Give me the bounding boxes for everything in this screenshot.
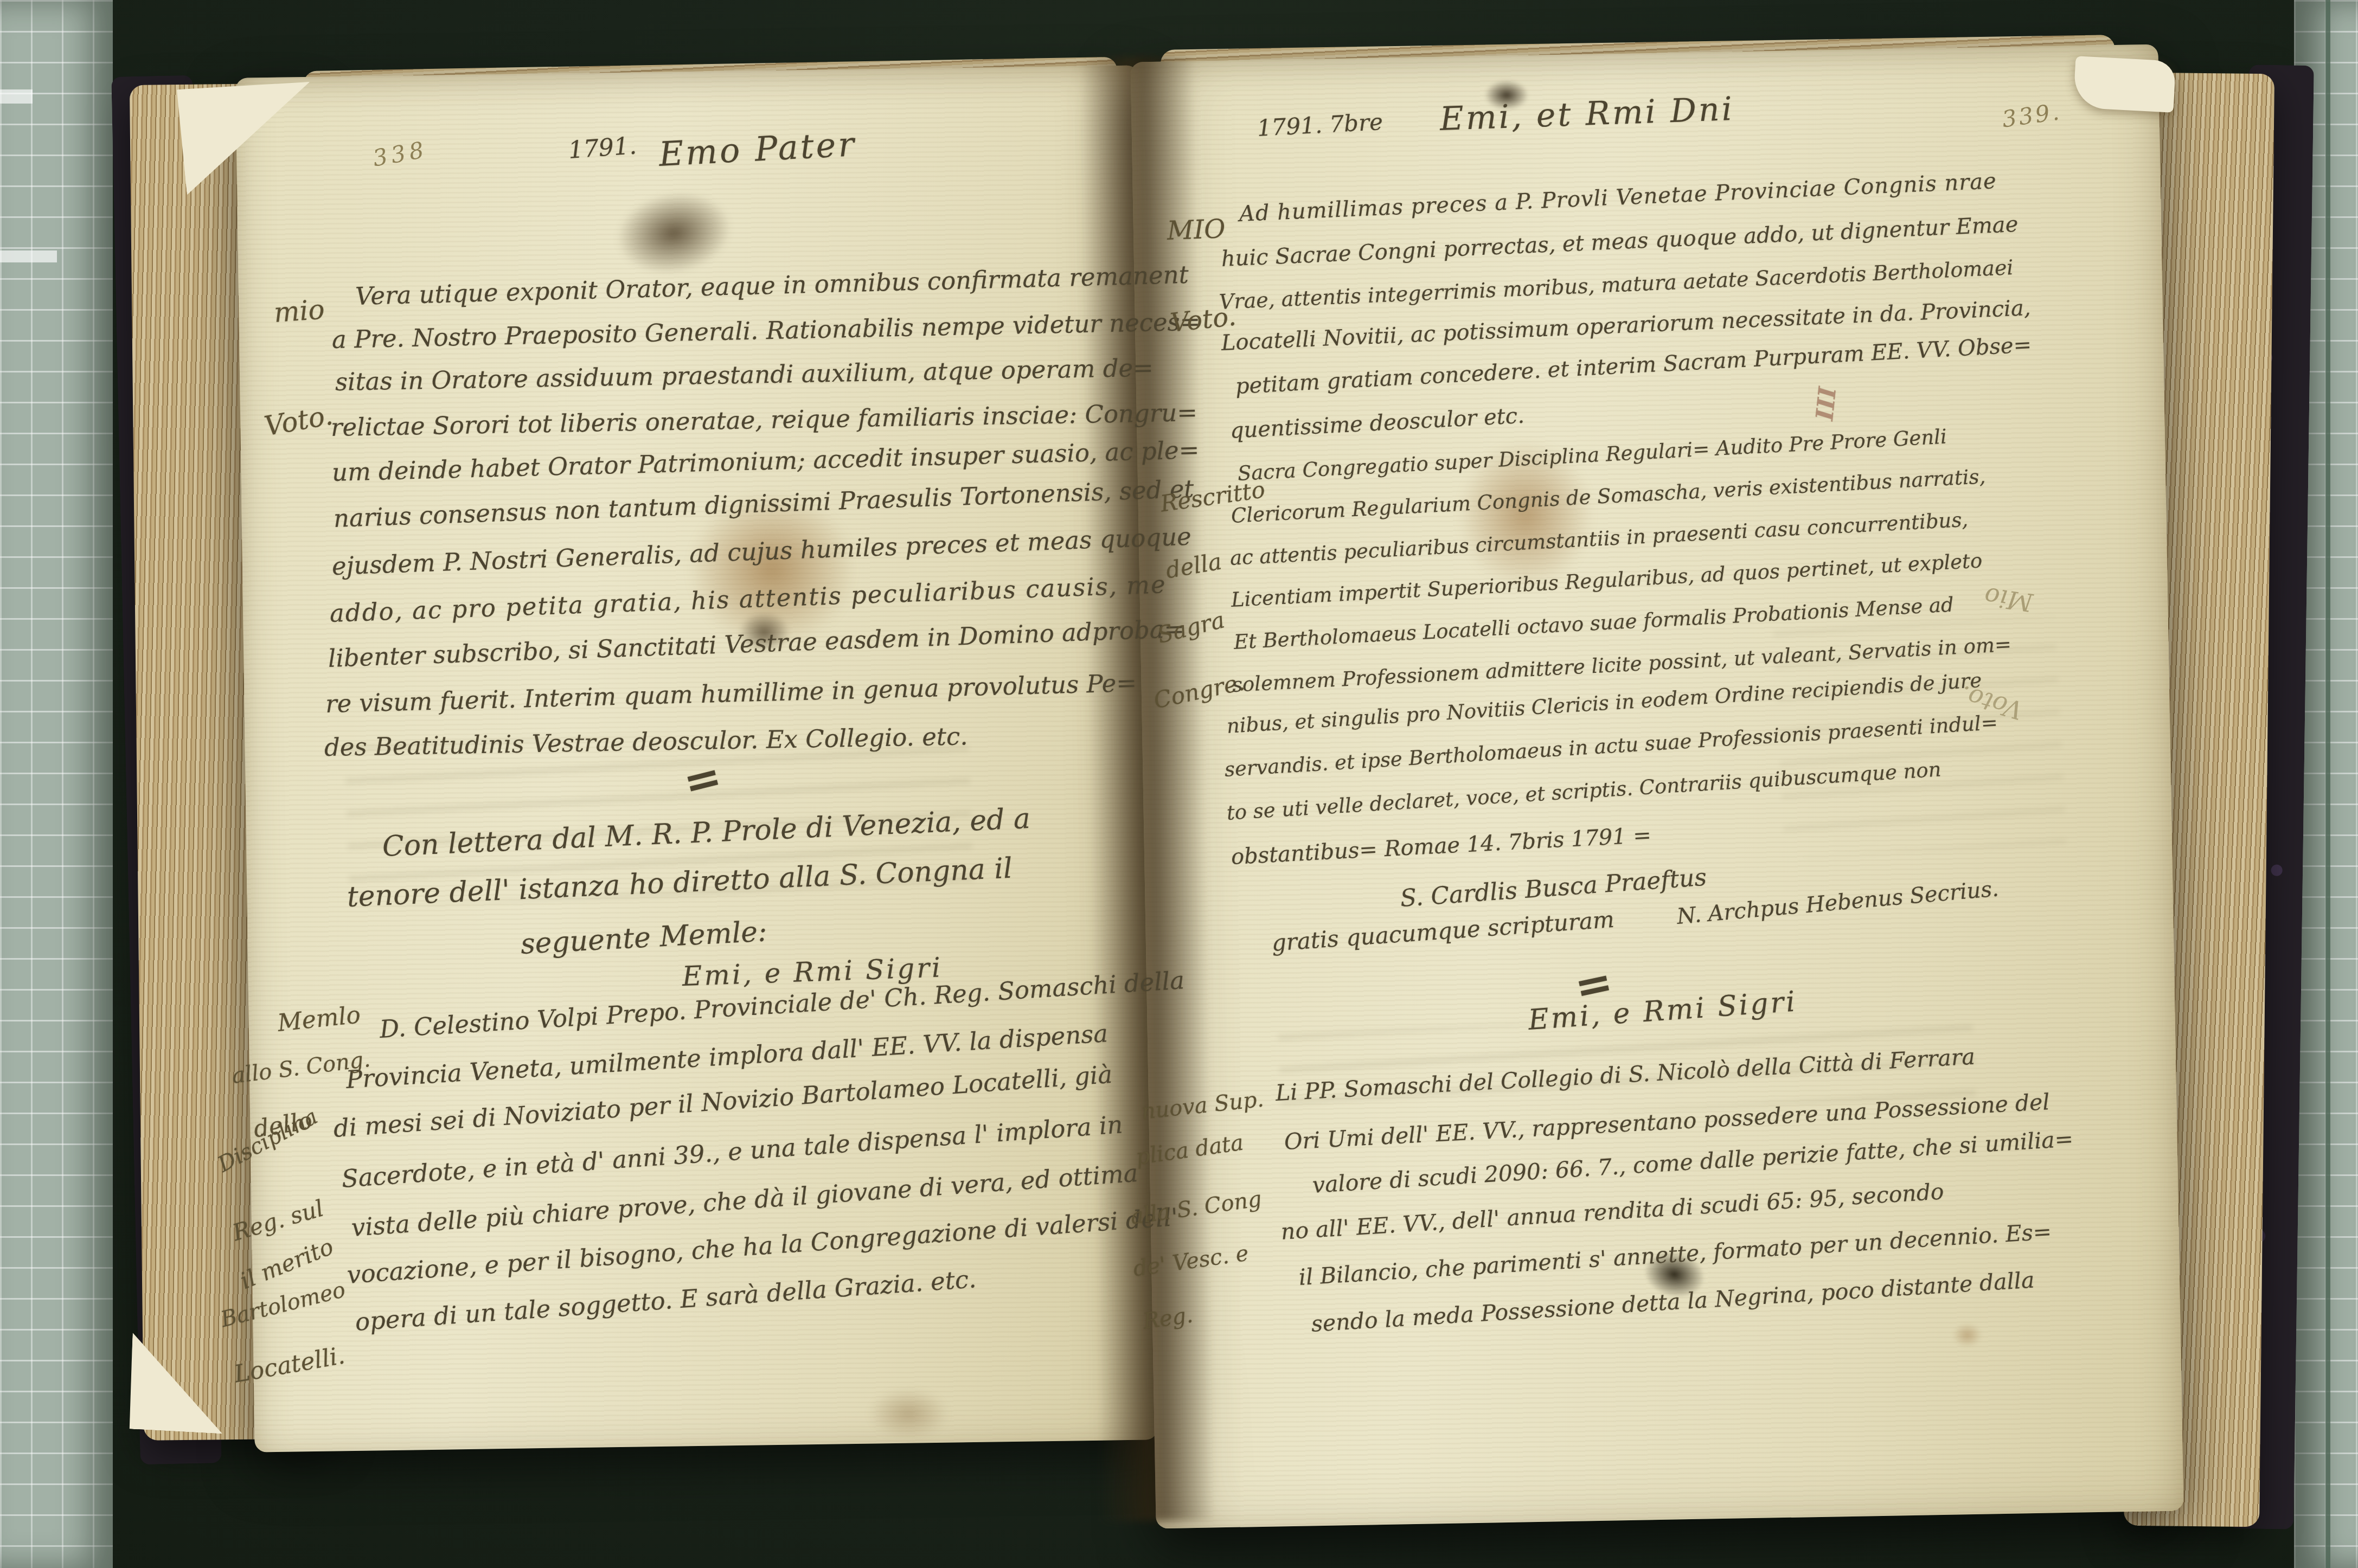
foxing-spot <box>868 1388 949 1440</box>
stamp-mark: III <box>1809 385 1840 422</box>
year-label: 1791. <box>567 132 637 164</box>
ruler-mark <box>0 250 57 262</box>
margin-note: MIO <box>1167 214 1226 246</box>
board-divider-line <box>2325 0 2330 1568</box>
margin-note: mio <box>273 294 325 329</box>
grid-board-left <box>0 0 113 1568</box>
manuscript-photo: 338 1791. Emo Pater mio Voto. Vera utiqu… <box>0 0 2358 1568</box>
ruler-mark <box>0 89 33 104</box>
foxing-spot <box>1952 1323 1982 1347</box>
